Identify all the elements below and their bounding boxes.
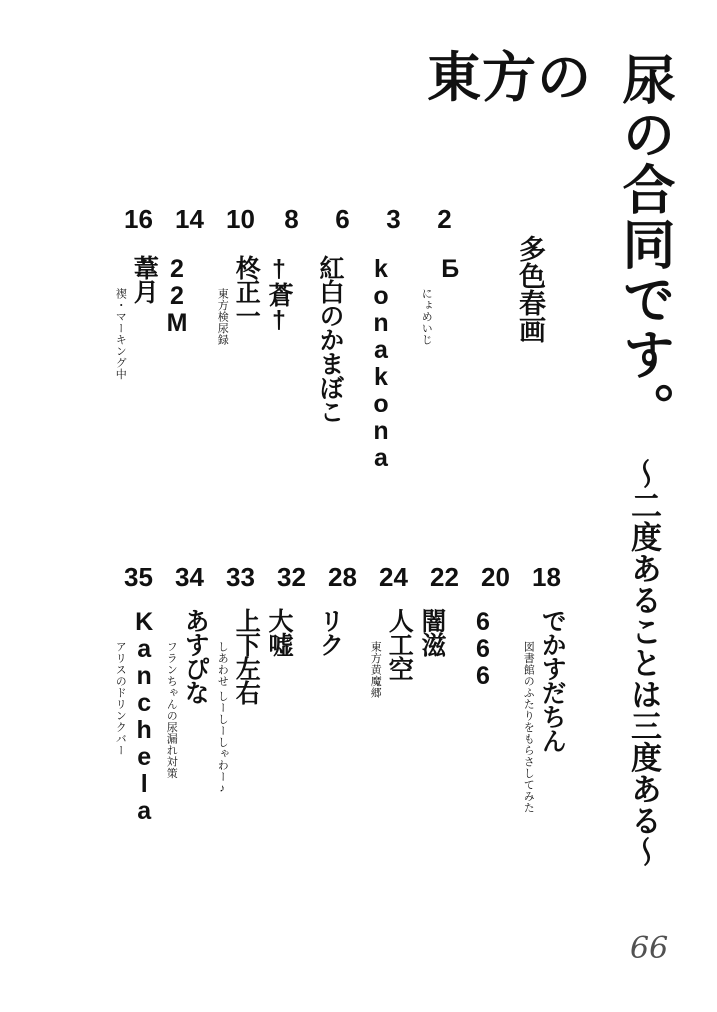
toc-entry-page-number: 14 [164, 205, 215, 233]
toc-entry-subtitle: にょめいじ [419, 288, 432, 585]
toc-entry-page-number: 24 [368, 563, 419, 591]
toc-entry-page-number: 33 [215, 563, 266, 591]
toc-entry-subtitle: 東方黄魔郷 [368, 641, 381, 1012]
section-header: 多色春画 [516, 235, 543, 365]
toc-entry-name: Kanchela [131, 608, 156, 1012]
toc-entry-name: 22M [164, 255, 189, 585]
toc-entry-page-number: 10 [215, 205, 266, 233]
page-title-prefix: 東方の [427, 50, 592, 107]
toc-entry-name: リク [317, 608, 342, 1012]
toc-entry-name: あすぴな [182, 608, 207, 1012]
page-subtitle: ～二度あることは三度ある～ [628, 458, 659, 898]
toc-entry-text: 666 [470, 608, 506, 1012]
folio-page-number: 66 [630, 931, 668, 966]
toc-entry: 20 666 [470, 563, 521, 1012]
toc-entry-text: 大嘘 [266, 608, 302, 1012]
toc-entry: 34 あすぴな フランちゃんの尿漏れ対策 [164, 563, 215, 1012]
toc-entry: 8 †蒼† [266, 205, 317, 585]
toc-entry-page-number: 35 [113, 563, 164, 591]
toc-entry-page-number: 6 [317, 205, 368, 233]
toc-entry-subtitle: 禊・マーキング中 [113, 288, 126, 585]
toc-entry-name: †蒼† [266, 255, 291, 585]
toc-entry-name: 人工空 [386, 608, 411, 1012]
toc-entry-page-number: 22 [419, 563, 470, 591]
toc-entry-text: 柊正一 東方検尿録 [215, 255, 269, 585]
toc-entry-text: Б にょめいじ [419, 255, 473, 585]
toc-entry-text: 人工空 東方黄魔郷 [368, 608, 422, 1012]
toc-entry-name: 紅白のかまぼこ [317, 255, 342, 585]
toc-entry-name: konakona [368, 255, 393, 585]
toc-entry-text: 葦月 禊・マーキング中 [113, 255, 167, 585]
toc-section-upper: 2 Б にょめいじ 3 konakona 6 紅白のかまぼこ 8 †蒼† 10 … [113, 205, 470, 585]
toc-entry-name: 柊正一 [233, 255, 258, 585]
toc-entry-text: あすぴな フランちゃんの尿漏れ対策 [164, 608, 218, 1012]
toc-entry: 6 紅白のかまぼこ [317, 205, 368, 585]
toc-entry: 14 22M [164, 205, 215, 585]
toc-entry-text: 紅白のかまぼこ [317, 255, 353, 585]
toc-entry-text: Kanchela アリスのドリンクバー [113, 608, 167, 1012]
page-title-vertical: 尿の合同です。 [617, 52, 670, 472]
toc-entry: 32 大嘘 [266, 563, 317, 1012]
toc-entry: 3 konakona [368, 205, 419, 585]
toc-entry: 24 人工空 東方黄魔郷 [368, 563, 419, 1012]
toc-entry-page-number: 34 [164, 563, 215, 591]
toc-entry-page-number: 32 [266, 563, 317, 591]
toc-entry-page-number: 2 [419, 205, 470, 233]
toc-entry-name: 666 [470, 608, 495, 1012]
toc-entry-text: †蒼† [266, 255, 302, 585]
toc-entry-name: 葦月 [131, 255, 156, 585]
toc-entry-text: リク [317, 608, 353, 1012]
toc-entry-name: 闇滋 [419, 608, 444, 1012]
toc-entry-subtitle: しあわせ しーしーしゃわー♪ [215, 641, 228, 1012]
toc-entry: 18 でかすだちん 図書館のふたりをもらさしてみた [521, 563, 572, 1012]
toc-section-lower: 18 でかすだちん 図書館のふたりをもらさしてみた 20 666 22 闇滋 2… [113, 563, 572, 1012]
toc-entry-page-number: 16 [113, 205, 164, 233]
toc-entry: 16 葦月 禊・マーキング中 [113, 205, 164, 585]
toc-entry-name: でかすだちん [539, 608, 564, 1012]
toc-entry-text: でかすだちん 図書館のふたりをもらさしてみた [521, 608, 575, 1012]
toc-entry-page-number: 18 [521, 563, 572, 591]
toc-entry: 33 上下左右 しあわせ しーしーしゃわー♪ [215, 563, 266, 1012]
toc-entry-name: Б [437, 255, 462, 585]
toc-entry-text: 闇滋 [419, 608, 455, 1012]
toc-entry-page-number: 20 [470, 563, 521, 591]
toc-entry-subtitle: 図書館のふたりをもらさしてみた [521, 641, 534, 1012]
toc-entry-name: 大嘘 [266, 608, 291, 1012]
toc-entry-subtitle: 東方検尿録 [215, 288, 228, 585]
toc-entry-page-number: 8 [266, 205, 317, 233]
toc-entry-name: 上下左右 [233, 608, 258, 1012]
toc-entry: 35 Kanchela アリスのドリンクバー [113, 563, 164, 1012]
toc-entry-subtitle: アリスのドリンクバー [113, 641, 126, 1012]
toc-entry: 22 闇滋 [419, 563, 470, 1012]
toc-entry: 2 Б にょめいじ [419, 205, 470, 585]
toc-entry: 28 リク [317, 563, 368, 1012]
toc-entry-text: 22M [164, 255, 200, 585]
toc-page: 東方の 尿の合同です。 ～二度あることは三度ある～ 多色春画 2 Б にょめいじ… [0, 0, 717, 1012]
toc-entry-page-number: 28 [317, 563, 368, 591]
toc-entry-text: 上下左右 しあわせ しーしーしゃわー♪ [215, 608, 269, 1012]
toc-entry-subtitle: フランちゃんの尿漏れ対策 [164, 641, 177, 1012]
toc-entry-text: konakona [368, 255, 404, 585]
toc-entry-page-number: 3 [368, 205, 419, 233]
toc-entry: 10 柊正一 東方検尿録 [215, 205, 266, 585]
